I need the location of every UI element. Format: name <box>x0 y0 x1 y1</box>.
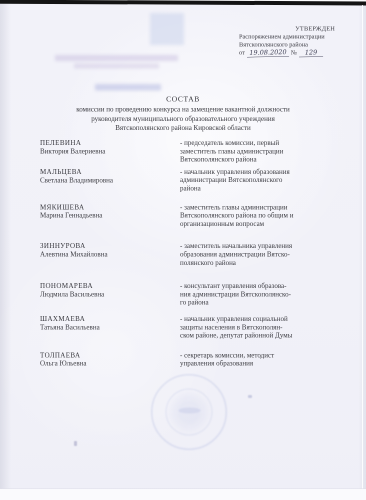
member-given-name: Марина Геннадьевна <box>40 212 180 220</box>
approval-date-number-line: от 19.08.2020 № 129 <box>239 49 339 57</box>
member-role-line: - начальник управления образования <box>180 168 340 176</box>
member-role-line: управления образования <box>180 360 340 368</box>
scan-speck <box>248 395 252 398</box>
member-role-line: - консультант управления образова- <box>180 283 340 291</box>
approval-block: УТВЕРЖДЕН Распоряжением администрации Вя… <box>239 25 339 57</box>
member-surname: ПОНОМАРЕВА <box>40 283 180 291</box>
document-heading: СОСТАВ <box>15 96 351 105</box>
member-role: - председатель комиссии, первый заместит… <box>180 140 340 165</box>
bleedthrough-block <box>150 13 184 45</box>
member-given-name: Светлана Владимировна <box>40 177 180 185</box>
member-role-line: администрации Вятскополянского <box>180 177 340 185</box>
member-role-line: - председатель комиссии, первый <box>180 140 340 148</box>
member-surname: МАЛЬЦЕВА <box>40 168 180 176</box>
member-row: ПЕЛЕВИНА Виктория Валериевна - председат… <box>40 140 340 165</box>
member-role-line: - заместитель главы администрации <box>180 204 340 212</box>
member-name: ШАХМАЕВА Татьяна Васильевна <box>40 315 180 340</box>
member-role: - заместитель главы администрации Вятско… <box>180 204 340 229</box>
member-role: - консультант управления образова- ния а… <box>180 283 340 308</box>
member-name: ПОНОМАРЕВА Людмила Васильевна <box>40 283 180 308</box>
member-surname: ТОЛПАЕВА <box>40 352 180 360</box>
stamp-bleedthrough <box>151 374 227 450</box>
member-row: МАЛЬЦЕВА Светлана Владимировна - начальн… <box>40 168 340 193</box>
member-name: МАЛЬЦЕВА Светлана Владимировна <box>40 168 180 193</box>
scan-edge-strip <box>0 0 366 5</box>
approval-date-prefix: от <box>239 49 245 57</box>
document-subtitle-line1: комиссии по проведению конкурса на замещ… <box>15 106 351 115</box>
member-role-line: организационным вопросам <box>180 220 340 228</box>
member-given-name: Людмила Васильевна <box>40 291 180 299</box>
member-role: - начальник управления социальной защиты… <box>180 315 340 340</box>
member-role-line: ском районе, депутат районной Думы <box>180 332 340 340</box>
bleedthrough-text-line <box>55 55 178 61</box>
member-surname: МЯКИШЕВА <box>40 204 180 212</box>
member-role-line: района <box>180 185 340 193</box>
member-role-line: образования администрации Вятско- <box>180 251 340 259</box>
member-role-line: го района <box>180 299 340 307</box>
approval-by-line2: Вятскополянского района <box>239 41 339 49</box>
member-role-line: Вятскополянского района по общим и <box>180 212 340 220</box>
page-canvas: УТВЕРЖДЕН Распоряжением администрации Вя… <box>0 0 366 500</box>
approval-number-sign: № <box>291 49 297 57</box>
scanned-document-page: УТВЕРЖДЕН Распоряжением администрации Вя… <box>0 0 366 500</box>
scan-speck <box>74 441 77 446</box>
bleedthrough-text-line <box>74 64 159 69</box>
member-role: - секретарь комиссии, методист управлени… <box>180 352 340 369</box>
member-name: ТОЛПАЕВА Ольга Юльевна <box>40 352 180 369</box>
member-row: ЗИННУРОВА Алевтина Михайловна - заместит… <box>40 243 340 268</box>
document-subtitle-line2: руководителя муниципального образователь… <box>15 115 351 124</box>
member-role-line: - начальник управления социальной <box>180 315 340 323</box>
approval-approved-label: УТВЕРЖДЕН <box>239 25 339 33</box>
member-surname: ЗИННУРОВА <box>40 243 180 251</box>
commission-members-list: ПЕЛЕВИНА Виктория Валериевна - председат… <box>40 140 340 369</box>
bleedthrough-text-line <box>95 84 161 91</box>
scan-bottom-strip <box>0 489 366 500</box>
member-name: ЗИННУРОВА Алевтина Михайловна <box>40 243 180 268</box>
member-name: ПЕЛЕВИНА Виктория Валериевна <box>40 140 180 165</box>
stamp-smudge <box>179 408 201 414</box>
member-row: МЯКИШЕВА Марина Геннадьевна - заместител… <box>40 204 340 229</box>
member-surname: ШАХМАЕВА <box>40 315 180 323</box>
member-role-line: - секретарь комиссии, методист <box>180 352 340 360</box>
member-role-line: Вятскополянского района <box>180 156 340 164</box>
member-role-line: - заместитель начальника управления <box>180 243 340 251</box>
document-title-block: СОСТАВ комиссии по проведению конкурса н… <box>15 96 351 134</box>
member-role-line: ния администрации Вятскополянско- <box>180 291 340 299</box>
member-given-name: Виктория Валериевна <box>40 148 180 156</box>
member-role-line: полянского района <box>180 259 340 267</box>
approval-handwritten-number: 129 <box>299 49 323 57</box>
member-role: - заместитель начальника управления обра… <box>180 243 340 268</box>
member-given-name: Ольга Юльевна <box>40 360 180 368</box>
member-given-name: Татьяна Васильевна <box>40 324 180 332</box>
approval-by-line1: Распоряжением администрации <box>239 33 339 41</box>
member-row: ТОЛПАЕВА Ольга Юльевна - секретарь комис… <box>40 352 340 369</box>
member-surname: ПЕЛЕВИНА <box>40 140 180 148</box>
member-row: ПОНОМАРЕВА Людмила Васильевна - консульт… <box>40 283 340 308</box>
member-row: ШАХМАЕВА Татьяна Васильевна - начальник … <box>40 315 340 340</box>
member-given-name: Алевтина Михайловна <box>40 251 180 259</box>
member-role-line: заместитель главы администрации <box>180 148 340 156</box>
approval-handwritten-date: 19.08.2020 <box>247 49 289 57</box>
member-name: МЯКИШЕВА Марина Геннадьевна <box>40 204 180 229</box>
member-role-line: защиты населения в Вятскополян- <box>180 324 340 332</box>
member-role: - начальник управления образования админ… <box>180 168 340 193</box>
scan-right-highlight <box>362 5 363 490</box>
document-subtitle-line3: Вятскополянского района Кировской област… <box>15 124 351 133</box>
